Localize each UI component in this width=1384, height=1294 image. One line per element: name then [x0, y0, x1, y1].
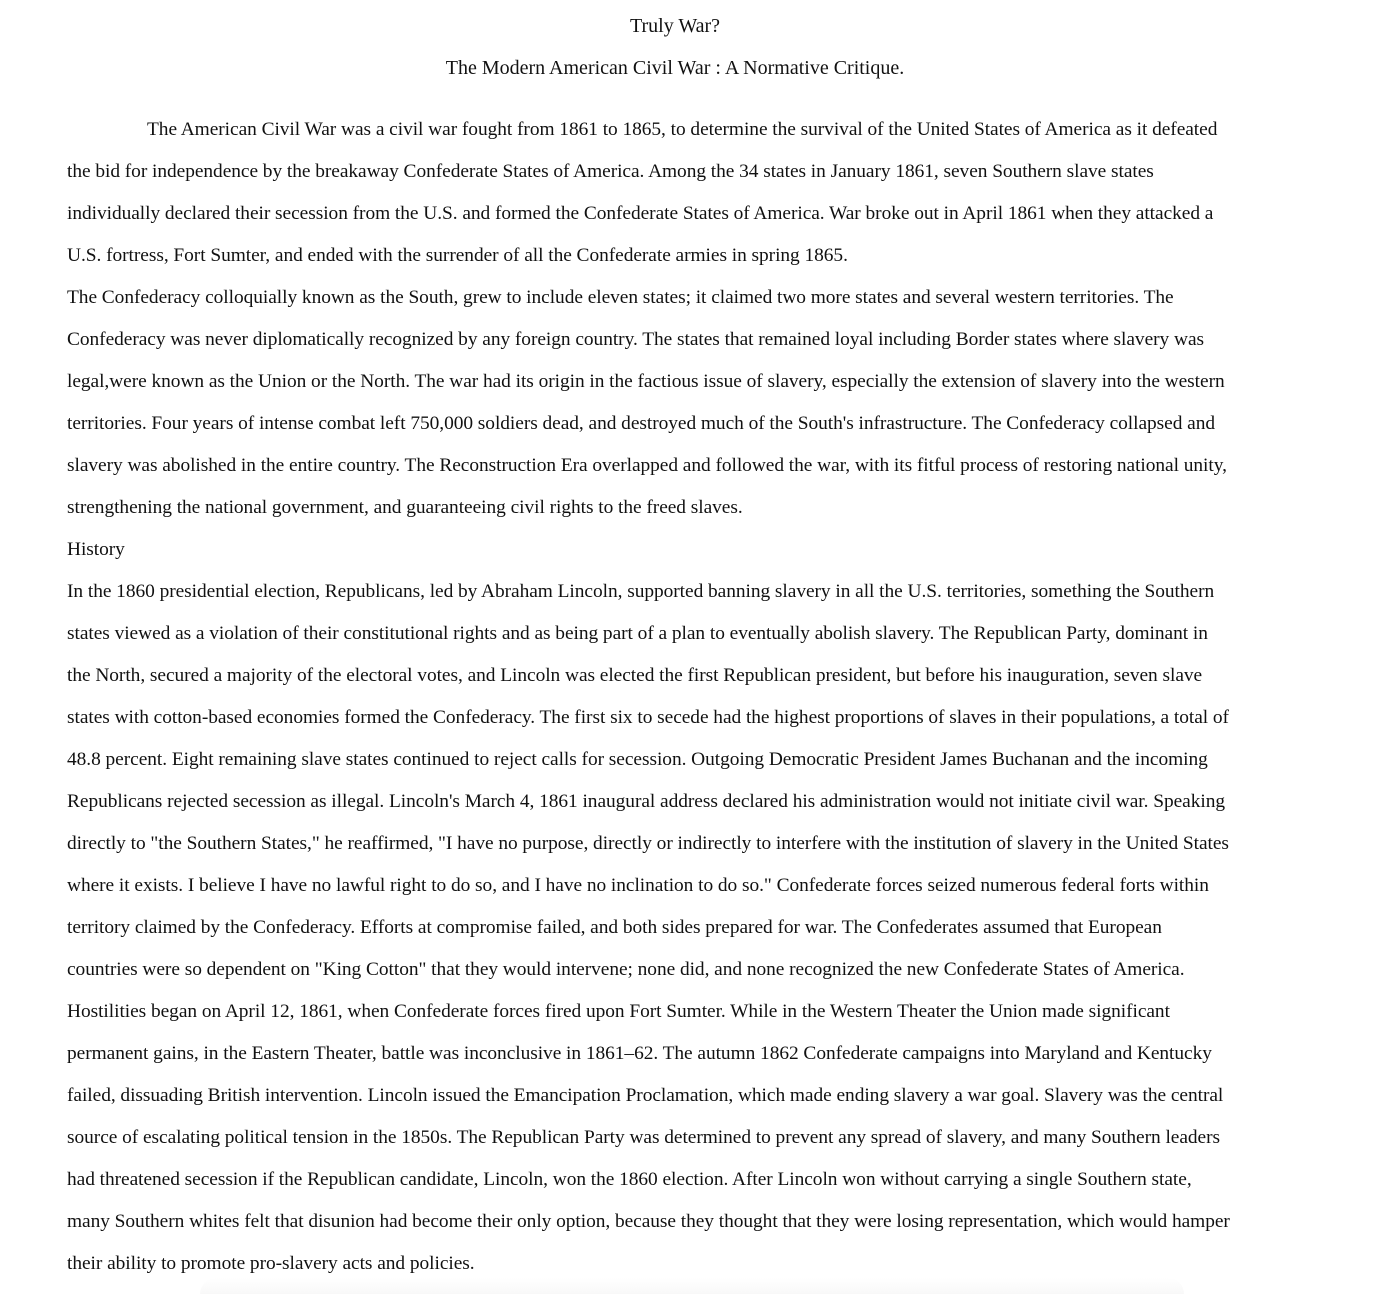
text-line: the bid for independence by the breakawa… [67, 151, 1347, 193]
text-line: the North, secured a majority of the ele… [67, 655, 1347, 697]
text-line: In the 1860 presidential election, Repub… [67, 571, 1347, 613]
document-title: Truly War? [67, 14, 1283, 38]
text-line: permanent gains, in the Eastern Theater,… [67, 1033, 1347, 1075]
text-line: directly to "the Southern States," he re… [67, 823, 1347, 865]
text-line: The American Civil War was a civil war f… [67, 109, 1347, 151]
paragraph-confederacy: The Confederacy colloquially known as th… [67, 277, 1347, 529]
text-line: Confederacy was never diplomatically rec… [67, 319, 1347, 361]
section-heading-history: History [67, 529, 1347, 571]
text-line: failed, dissuading British intervention.… [67, 1075, 1347, 1117]
text-line: many Southern whites felt that disunion … [67, 1201, 1347, 1243]
text-line: territories. Four years of intense comba… [67, 403, 1347, 445]
text-line: slavery was abolished in the entire coun… [67, 445, 1347, 487]
text-line: where it exists. I believe I have no law… [67, 865, 1347, 907]
document-subtitle: The Modern American Civil War : A Normat… [67, 56, 1283, 80]
text-line: U.S. fortress, Fort Sumter, and ended wi… [67, 235, 1347, 277]
text-line: source of escalating political tension i… [67, 1117, 1347, 1159]
text-line: territory claimed by the Confederacy. Ef… [67, 907, 1347, 949]
text-line: individually declared their secession fr… [67, 193, 1347, 235]
text-line: countries were so dependent on "King Cot… [67, 949, 1347, 991]
bottom-edge-shadow [200, 1278, 1184, 1294]
paragraph-history: In the 1860 presidential election, Repub… [67, 571, 1347, 1285]
document-body: The American Civil War was a civil war f… [67, 109, 1347, 1285]
text-line: 48.8 percent. Eight remaining slave stat… [67, 739, 1347, 781]
text-line: states with cotton-based economies forme… [67, 697, 1347, 739]
section-heading: History [67, 529, 1347, 571]
text-line: states viewed as a violation of their co… [67, 613, 1347, 655]
text-line: Hostilities began on April 12, 1861, whe… [67, 991, 1347, 1033]
text-line: legal,were known as the Union or the Nor… [67, 361, 1347, 403]
paragraph-intro: The American Civil War was a civil war f… [67, 109, 1347, 277]
text-line: had threatened secession if the Republic… [67, 1159, 1347, 1201]
text-line: strengthening the national government, a… [67, 487, 1347, 529]
text-line: The Confederacy colloquially known as th… [67, 277, 1347, 319]
text-line: Republicans rejected secession as illega… [67, 781, 1347, 823]
